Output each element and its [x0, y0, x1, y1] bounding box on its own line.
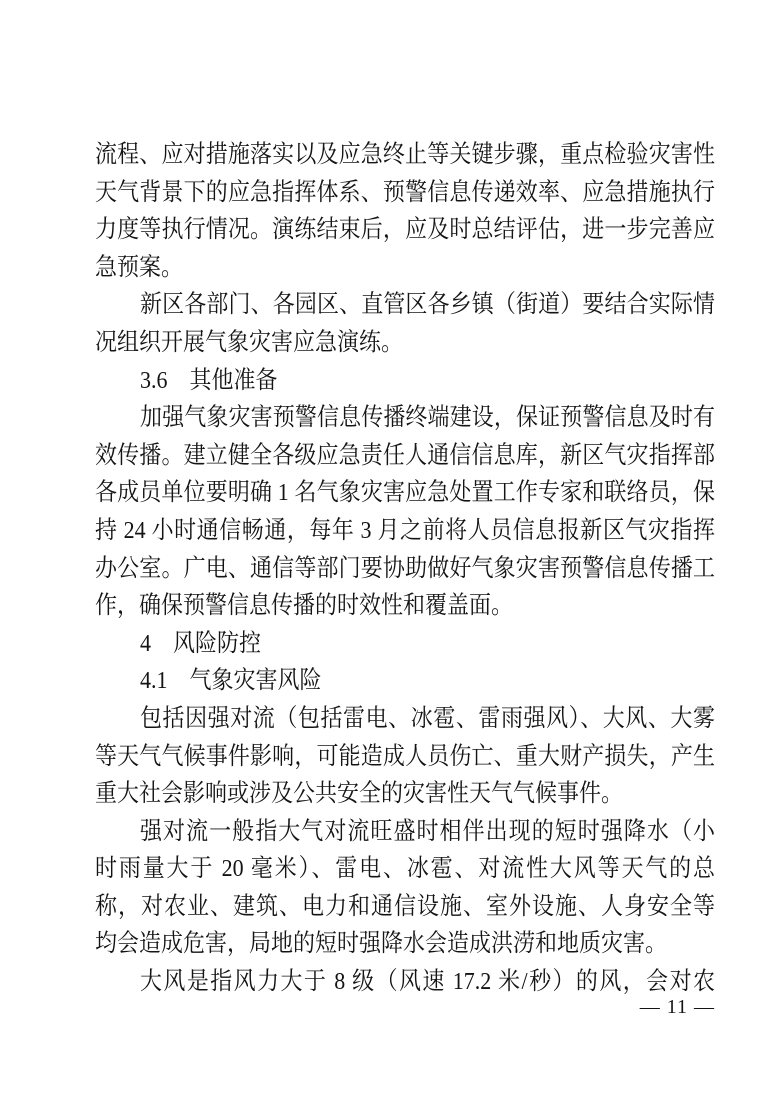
text-line: 重大社会影响或涉及公共安全的灾害性天气气候事件。 — [95, 772, 715, 814]
text-line: 急预案。 — [95, 246, 715, 288]
section-heading: 3.6 其他准备 — [95, 358, 715, 400]
page-number: — 11 — — [640, 994, 715, 1020]
text-line: 况组织开展气象灾害应急演练。 — [95, 321, 715, 363]
text-line: 大风是指风力大于 8 级（风速 17.2 米/秒）的风，会对农 — [95, 960, 715, 1002]
text-line: 持 24 小时通信畅通，每年 3 月之前将人员信息报新区气灾指挥 — [95, 509, 715, 551]
text-line: 均会造成危害，局地的短时强降水会造成洪涝和地质灾害。 — [95, 922, 715, 964]
text-line: 流程、应对措施落实以及应急终止等关键步骤，重点检验灾害性 — [95, 133, 715, 175]
text-line: 新区各部门、各园区、直管区各乡镇（街道）要结合实际情 — [95, 283, 715, 325]
text-line: 包括因强对流（包括雷电、冰雹、雷雨强风）、大风、大雾 — [95, 697, 715, 739]
document-page: 流程、应对措施落实以及应急终止等关键步骤，重点检验灾害性天气背景下的应急指挥体系… — [0, 0, 783, 1107]
text-line: 加强气象灾害预警信息传播终端建设，保证预警信息及时有 — [95, 396, 715, 438]
text-line: 称，对农业、建筑、电力和通信设施、室外设施、人身安全等 — [95, 885, 715, 927]
text-line: 办公室。广电、通信等部门要协助做好气象灾害预警信息传播工 — [95, 546, 715, 588]
section-heading: 4.1 气象灾害风险 — [95, 659, 715, 701]
section-heading: 4 风险防控 — [95, 621, 715, 663]
text-line: 强对流一般指大气对流旺盛时相伴出现的短时强降水（小 — [95, 809, 715, 851]
text-line: 天气背景下的应急指挥体系、预警信息传递效率、应急措施执行 — [95, 170, 715, 212]
text-block: 流程、应对措施落实以及应急终止等关键步骤，重点检验灾害性天气背景下的应急指挥体系… — [95, 135, 715, 1000]
text-line: 力度等执行情况。演练结束后，应及时总结评估，进一步完善应 — [95, 208, 715, 250]
text-line: 作，确保预警信息传播的时效性和覆盖面。 — [95, 584, 715, 626]
text-line: 效传播。建立健全各级应急责任人通信信息库，新区气灾指挥部 — [95, 433, 715, 475]
text-line: 时雨量大于 20 毫米）、雷电、冰雹、对流性大风等天气的总 — [95, 847, 715, 889]
text-line: 各成员单位要明确 1 名气象灾害应急处置工作专家和联络员，保 — [95, 471, 715, 513]
text-line: 等天气气候事件影响，可能造成人员伤亡、重大财产损失，产生 — [95, 734, 715, 776]
